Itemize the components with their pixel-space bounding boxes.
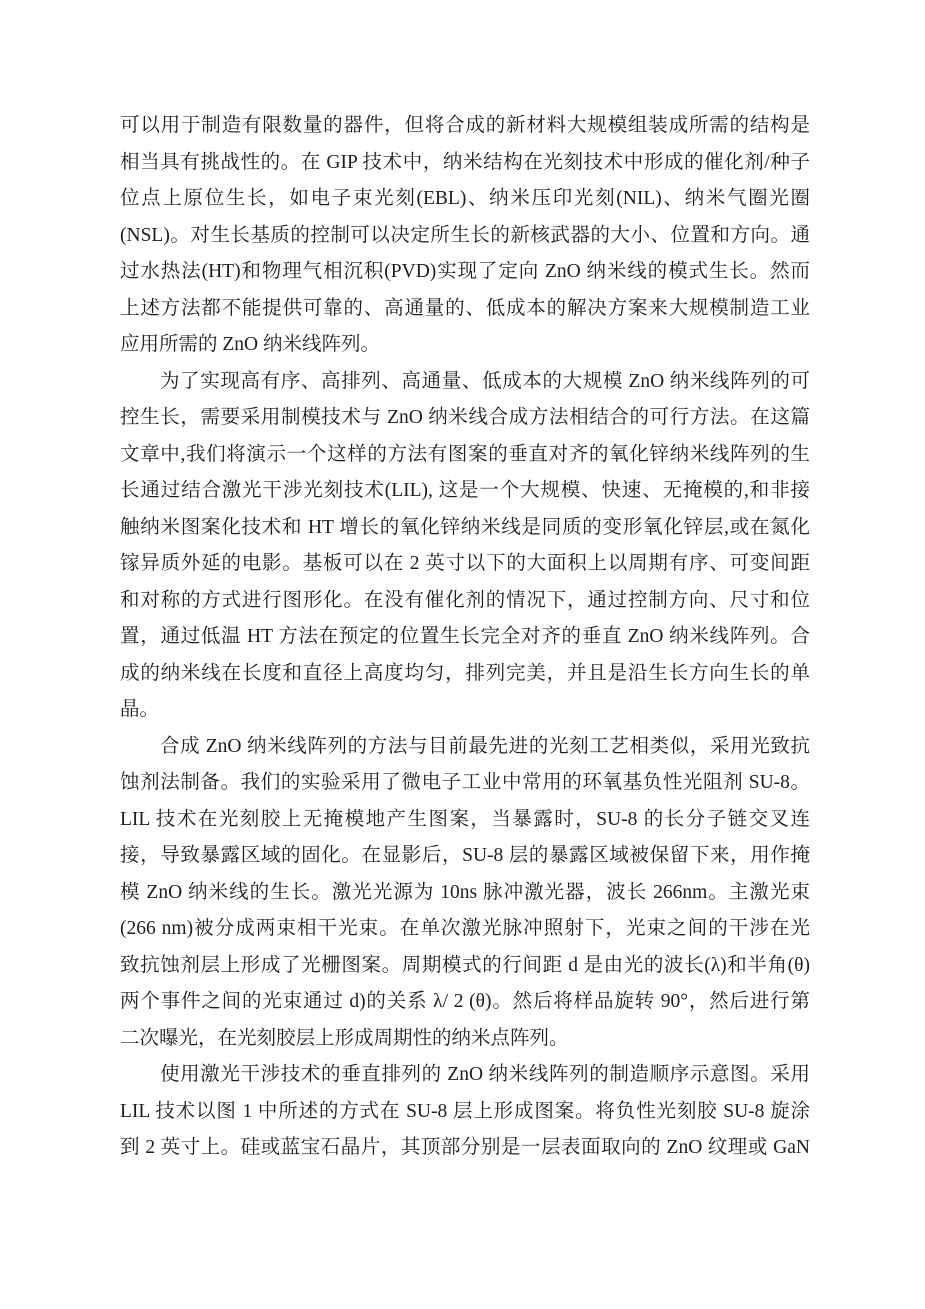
text-line: 位点上原位生长，如电子束光刻(EBL)、纳米压印光刻(NIL)、纳米气圈光圈 <box>120 181 810 218</box>
text-line: (266 nm)被分成两束相干光束。在单次激光脉冲照射下，光束之间的干涉在光 <box>120 911 810 948</box>
text-line: 晶。 <box>120 692 810 729</box>
text-line: 成的纳米线在长度和直径上高度均匀，排列完美，并且是沿生长方向生长的单 <box>120 656 810 693</box>
text-line: 合成 ZnO 纳米线阵列的方法与目前最先进的光刻工艺相类似，采用光致抗 <box>120 729 810 766</box>
text-line: 触纳米图案化技术和 HT 增长的氧化锌纳米线是同质的变形氧化锌层,或在氮化 <box>120 510 810 547</box>
text-line: 两个事件之间的光束通过 d)的关系 λ/ 2 (θ)。然后将样品旋转 90°，然… <box>120 984 810 1021</box>
document-page: 可以用于制造有限数量的器件，但将合成的新材料大规模组装成所需的结构是相当具有挑战… <box>0 0 925 1309</box>
text-line: 长通过结合激光干涉光刻技术(LIL), 这是一个大规模、快速、无掩模的,和非接 <box>120 473 810 510</box>
text-line: 应用所需的 ZnO 纳米线阵列。 <box>120 327 810 364</box>
text-line: LIL 技术以图 1 中所述的方式在 SU-8 层上形成图案。将负性光刻胶 SU… <box>120 1094 810 1131</box>
text-line: 到 2 英寸上。硅或蓝宝石晶片，其顶部分别是一层表面取向的 ZnO 纹理或 Ga… <box>120 1130 810 1167</box>
text-line: 模 ZnO 纳米线的生长。激光光源为 10ns 脉冲激光器，波长 266nm。主… <box>120 875 810 912</box>
text-line: 致抗蚀剂层上形成了光栅图案。周期模式的行间距 d 是由光的波长(λ)和半角(θ) <box>120 948 810 985</box>
text-line: 置，通过低温 HT 方法在预定的位置生长完全对齐的垂直 ZnO 纳米线阵列。合 <box>120 619 810 656</box>
text-line: 接，导致暴露区域的固化。在显影后，SU-8 层的暴露区域被保留下来，用作掩 <box>120 838 810 875</box>
text-line: 上述方法都不能提供可靠的、高通量的、低成本的解决方案来大规模制造工业 <box>120 291 810 328</box>
text-line: 使用激光干涉技术的垂直排列的 ZnO 纳米线阵列的制造顺序示意图。采用 <box>120 1057 810 1094</box>
text-line: (NSL)。对生长基质的控制可以决定所生长的新核武器的大小、位置和方向。通 <box>120 218 810 255</box>
text-line: 和对称的方式进行图形化。在没有催化剂的情况下，通过控制方向、尺寸和位 <box>120 583 810 620</box>
text-line: 过水热法(HT)和物理气相沉积(PVD)实现了定向 ZnO 纳米线的模式生长。然… <box>120 254 810 291</box>
text-line: 镓异质外延的电影。基板可以在 2 英寸以下的大面积上以周期有序、可变间距 <box>120 546 810 583</box>
text-line: 为了实现高有序、高排列、高通量、低成本的大规模 ZnO 纳米线阵列的可 <box>120 364 810 401</box>
text-paragraph: 为了实现高有序、高排列、高通量、低成本的大规模 ZnO 纳米线阵列的可控生长，需… <box>120 364 810 729</box>
text-line: 二次曝光，在光刻胶层上形成周期性的纳米点阵列。 <box>120 1021 810 1058</box>
text-paragraph: 可以用于制造有限数量的器件，但将合成的新材料大规模组装成所需的结构是相当具有挑战… <box>120 108 810 364</box>
text-line: 可以用于制造有限数量的器件，但将合成的新材料大规模组装成所需的结构是 <box>120 108 810 145</box>
text-paragraph: 使用激光干涉技术的垂直排列的 ZnO 纳米线阵列的制造顺序示意图。采用LIL 技… <box>120 1057 810 1167</box>
document-content: 可以用于制造有限数量的器件，但将合成的新材料大规模组装成所需的结构是相当具有挑战… <box>120 108 810 1167</box>
text-line: 控生长，需要采用制模技术与 ZnO 纳米线合成方法相结合的可行方法。在这篇 <box>120 400 810 437</box>
text-line: 相当具有挑战性的。在 GIP 技术中，纳米结构在光刻技术中形成的催化剂/种子 <box>120 145 810 182</box>
text-line: 文章中,我们将演示一个这样的方法有图案的垂直对齐的氧化锌纳米线阵列的生 <box>120 437 810 474</box>
text-line: 蚀剂法制备。我们的实验采用了微电子工业中常用的环氧基负性光阻剂 SU-8。 <box>120 765 810 802</box>
text-line: LIL 技术在光刻胶上无掩模地产生图案，当暴露时，SU-8 的长分子链交叉连 <box>120 802 810 839</box>
text-paragraph: 合成 ZnO 纳米线阵列的方法与目前最先进的光刻工艺相类似，采用光致抗蚀剂法制备… <box>120 729 810 1058</box>
